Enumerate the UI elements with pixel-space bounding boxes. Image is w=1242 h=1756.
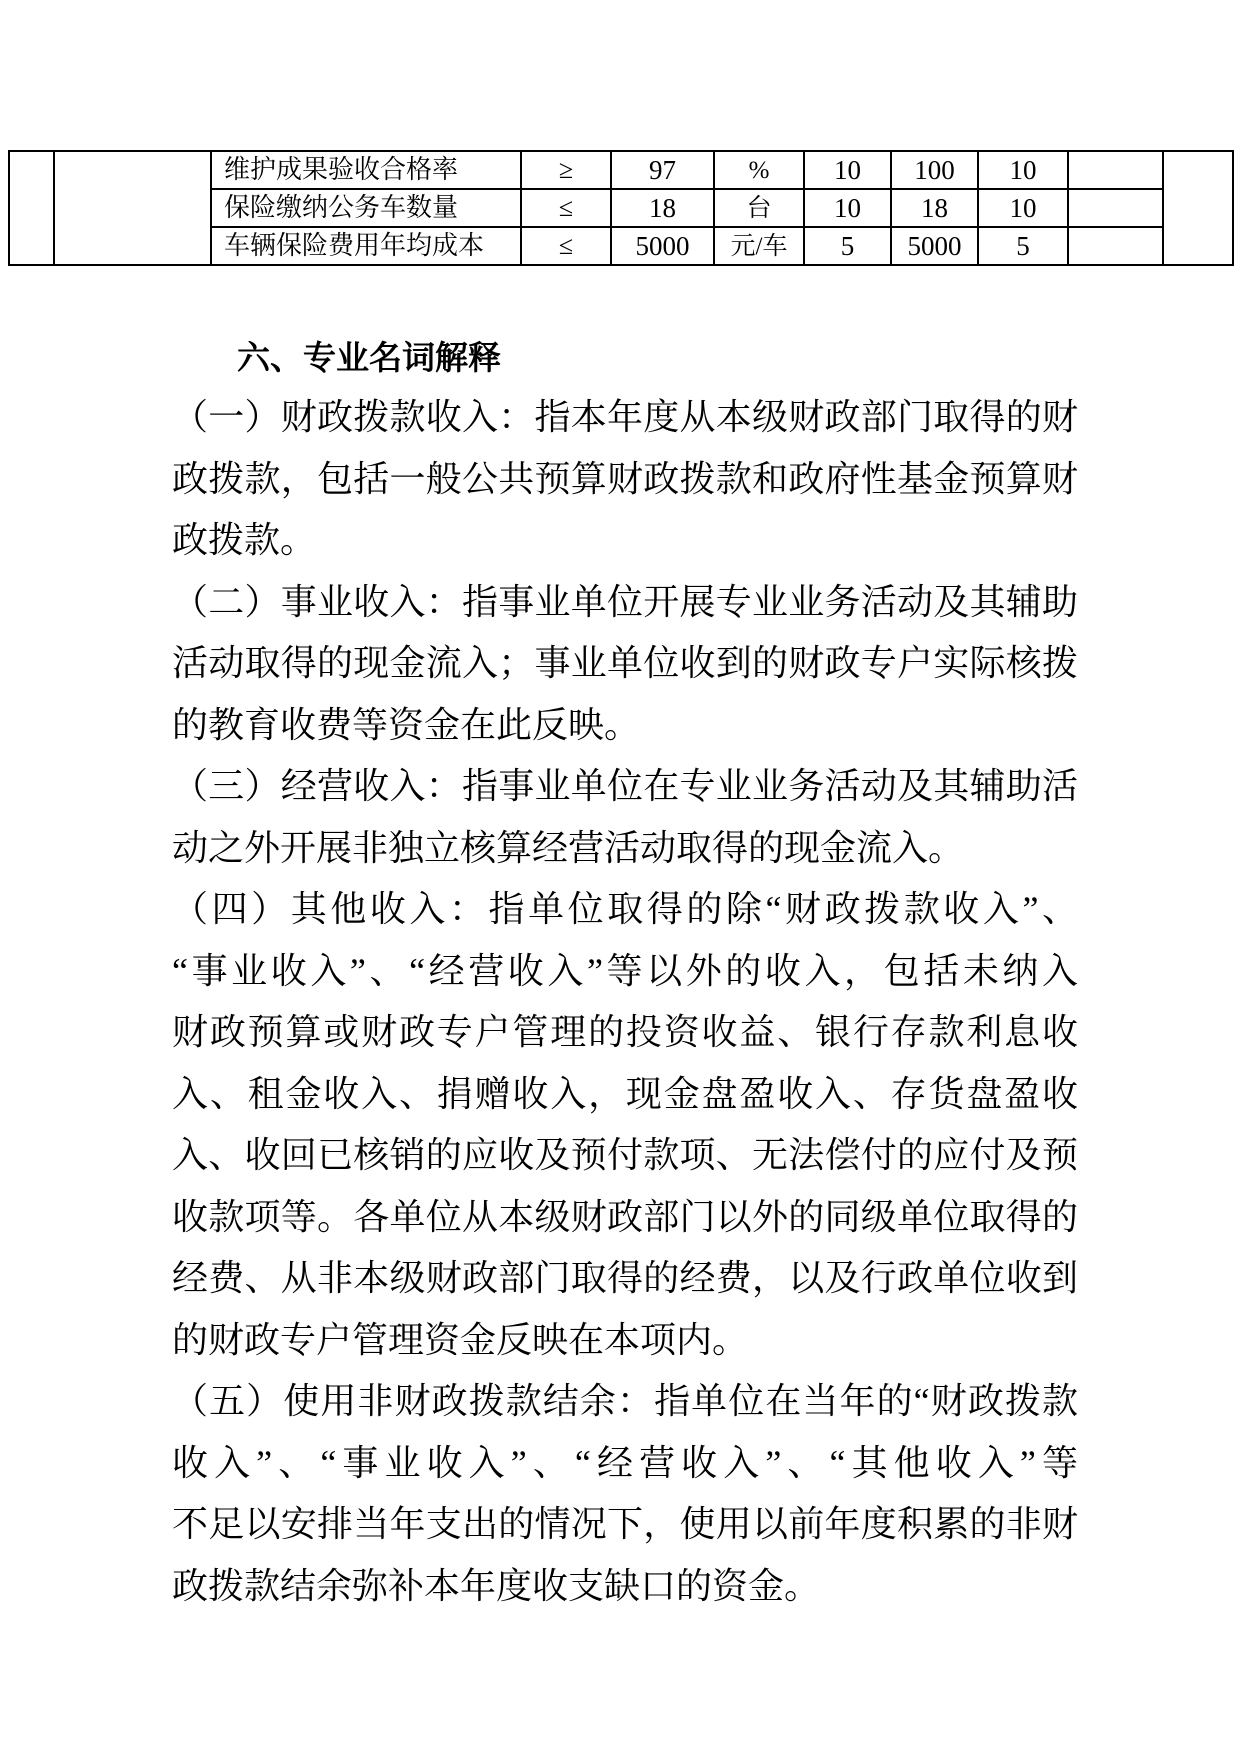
empty-right-merged-cell: [1163, 151, 1233, 265]
empty-cell: [1068, 189, 1163, 227]
operator-cell: ≥: [521, 151, 611, 189]
score-cell: 10: [978, 189, 1068, 227]
text-line: 入、租金收入、捐赠收入，现金盘盈收入、存货盘盈收: [172, 1064, 1078, 1126]
unit-cell: 台: [714, 189, 804, 227]
unit-cell: %: [714, 151, 804, 189]
score-cell: 5: [978, 227, 1068, 265]
indicator-name-cell: 维护成果验收合格率: [211, 151, 521, 189]
text-line: 的教育收费等资金在此反映。: [172, 695, 1078, 757]
operator-cell: ≤: [521, 227, 611, 265]
empty-cell: [1068, 151, 1163, 189]
weight-cell: 10: [804, 151, 891, 189]
text-line: 财政预算或财政专户管理的投资收益、银行存款利息收: [172, 1002, 1078, 1064]
text-line: “事业收入”、“经营收入”等以外的收入，包括未纳入: [172, 941, 1078, 1003]
completion-value-cell: 100: [891, 151, 978, 189]
section-heading: 六、专业名词解释: [237, 336, 501, 380]
weight-cell: 5: [804, 227, 891, 265]
performance-metrics-table: 维护成果验收合格率 ≥ 97 % 10 100 10 保险缴纳公务车数量 ≤ 1…: [8, 150, 1234, 266]
text-line: 政拨款。: [172, 510, 1078, 572]
unit-cell: 元/车: [714, 227, 804, 265]
text-line: （三）经营收入：指事业单位在专业业务活动及其辅助活: [172, 756, 1078, 818]
completion-value-cell: 18: [891, 189, 978, 227]
indicator-name-cell: 保险缴纳公务车数量: [211, 189, 521, 227]
text-line: 的财政专户管理资金反映在本项内。: [172, 1310, 1078, 1372]
text-line: 不足以安排当年支出的情况下，使用以前年度积累的非财: [172, 1494, 1078, 1556]
target-value-cell: 97: [611, 151, 714, 189]
text-line: （四）其他收入：指单位取得的除“财政拨款收入”、: [172, 879, 1078, 941]
text-line: 政拨款结余弥补本年度收支缺口的资金。: [172, 1556, 1078, 1618]
operator-cell: ≤: [521, 189, 611, 227]
document-page: 维护成果验收合格率 ≥ 97 % 10 100 10 保险缴纳公务车数量 ≤ 1…: [0, 0, 1242, 1756]
score-cell: 10: [978, 151, 1068, 189]
text-line: （二）事业收入：指事业单位开展专业业务活动及其辅助: [172, 572, 1078, 634]
empty-left-narrow-cell: [9, 151, 54, 265]
empty-left-wide-cell: [54, 151, 211, 265]
text-line: （一）财政拨款收入：指本年度从本级财政部门取得的财: [172, 387, 1078, 449]
completion-value-cell: 5000: [891, 227, 978, 265]
text-line: 收入”、“事业收入”、“经营收入”、“其他收入”等: [172, 1433, 1078, 1495]
target-value-cell: 18: [611, 189, 714, 227]
text-line: 动之外开展非独立核算经营活动取得的现金流入。: [172, 818, 1078, 880]
text-line: 收款项等。各单位从本级财政部门以外的同级单位取得的: [172, 1187, 1078, 1249]
text-line: 入、收回已核销的应收及预付款项、无法偿付的应付及预: [172, 1125, 1078, 1187]
glossary-body-text: （一）财政拨款收入：指本年度从本级财政部门取得的财 政拨款，包括一般公共预算财政…: [172, 387, 1078, 1617]
text-line: 经费、从非本级财政部门取得的经费，以及行政单位收到: [172, 1248, 1078, 1310]
table-row: 维护成果验收合格率 ≥ 97 % 10 100 10: [9, 151, 1233, 189]
empty-cell: [1068, 227, 1163, 265]
target-value-cell: 5000: [611, 227, 714, 265]
text-line: 政拨款，包括一般公共预算财政拨款和政府性基金预算财: [172, 449, 1078, 511]
text-line: 活动取得的现金流入；事业单位收到的财政专户实际核拨: [172, 633, 1078, 695]
text-line: （五）使用非财政拨款结余：指单位在当年的“财政拨款: [172, 1371, 1078, 1433]
indicator-name-cell: 车辆保险费用年均成本: [211, 227, 521, 265]
weight-cell: 10: [804, 189, 891, 227]
